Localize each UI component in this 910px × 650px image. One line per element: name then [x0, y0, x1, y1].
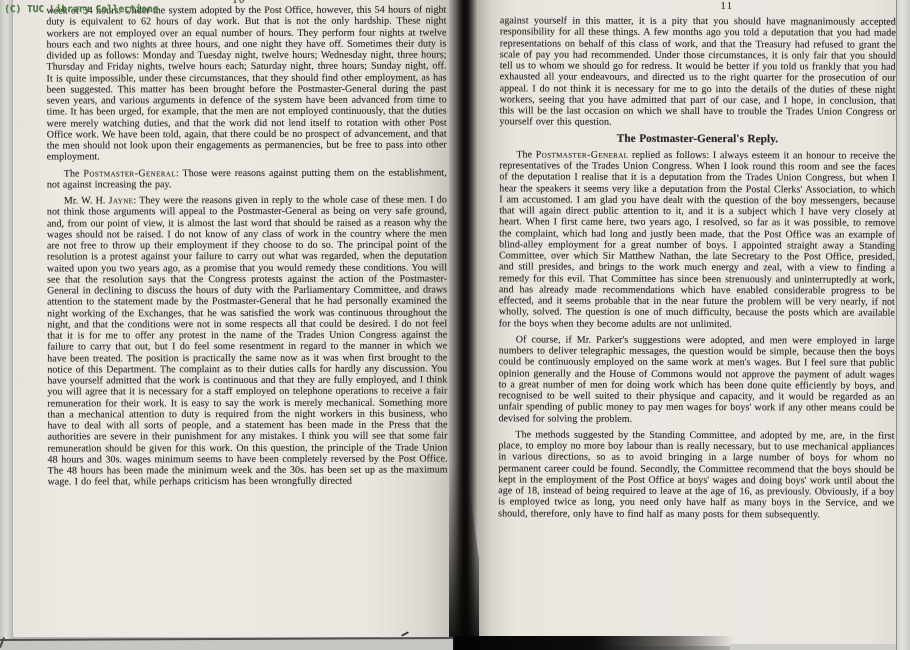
- speaker-name: Jayne: [109, 195, 134, 206]
- scanned-book-spread: 10 week of 54 hours. Under the system ad…: [0, 0, 910, 650]
- page-right-text-block: against yourself in this matter, it is a…: [498, 15, 896, 525]
- paragraph: Of course, if Mr. Parker's suggestions w…: [498, 334, 894, 425]
- page-left-text-block: week of 54 hours. Under the system adopt…: [46, 4, 447, 493]
- page-left: 10 week of 54 hours. Under the system ad…: [13, 0, 449, 637]
- paragraph-postmaster-general: The Postmaster-General: Those were reaso…: [47, 167, 447, 191]
- speaker-name: Postmaster-General: [83, 168, 176, 179]
- speaker-name: Postmaster-General: [536, 149, 629, 160]
- paragraph-continuation: week of 54 hours. Under the system adopt…: [46, 4, 446, 163]
- section-heading: The Postmaster-General's Reply.: [499, 133, 895, 146]
- page-bottom-edge-right: [730, 644, 896, 650]
- paragraph: The methods suggested by the Standing Co…: [498, 429, 894, 520]
- speaker-lead: The: [64, 168, 84, 179]
- page-right: 11 against yourself in this matter, it i…: [479, 0, 896, 646]
- speaker-lead: The: [516, 149, 535, 160]
- speech-text: replied as follows: I always esteem it a…: [499, 150, 896, 330]
- tuc-library-watermark: (C) TUC Library Collections: [4, 4, 158, 15]
- bottom-shadow-band: [455, 636, 735, 650]
- speech-text: : They were the reasons given in reply t…: [47, 194, 448, 487]
- page-number-right: 11: [707, 1, 747, 12]
- scan-right-edge: [896, 0, 910, 650]
- scan-left-edge: [0, 0, 13, 650]
- page-bottom-edge-left: [0, 637, 453, 650]
- paragraph-pmg-reply: The Postmaster-General replied as follow…: [499, 149, 896, 330]
- paragraph-continuation: against yourself in this matter, it is a…: [499, 15, 895, 129]
- speaker-lead: Mr. W. H.: [64, 195, 109, 206]
- paragraph-jayne: Mr. W. H. Jayne: They were the reasons g…: [47, 194, 448, 488]
